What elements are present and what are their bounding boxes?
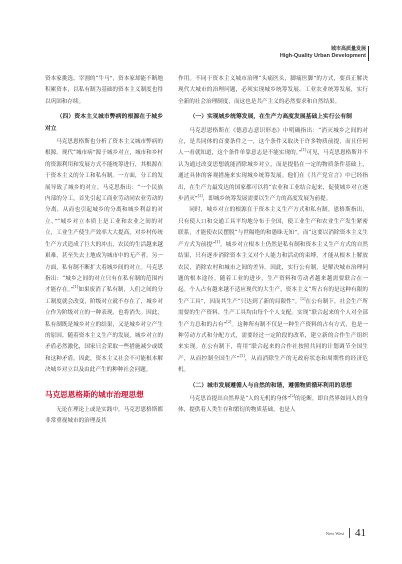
paragraph: 作用。不同于资本主义城市治理“头痛医头，脚痛医脚”的方式，要真正解决现代大城市的… (178, 74, 368, 108)
paragraph: 资本家挑选、宰割的“牛马”，资本家却能不断地积累资本，以私有制为基础的资本主义制… (45, 74, 163, 108)
paragraph: 无论在理论上或是实践中，马克思恩格斯都非常重视城市的治理及其 (45, 405, 163, 428)
left-column: 资本家挑选、宰割的“牛马”，资本家却能不断地积累资本，以私有制为基础的资本主义制… (45, 74, 163, 427)
paragraph: 马克思首提出自然界是“人的无机的身体”[2]的论断，即自然界如同人的身体，提供着… (178, 394, 368, 417)
footer-divider (349, 528, 350, 538)
page-number: 41 (355, 527, 366, 539)
red-section-title: 马克思恩格斯的城市治理思想 (45, 389, 163, 401)
running-header: 城市高质量发展 High-Quality Urban Development (280, 46, 366, 60)
magazine-name: New West (326, 531, 344, 536)
paragraph: 马克思恩格斯在《德意志意识形态》中明确指出：“消灭城乡之间的对立，是共同体的首要… (178, 126, 368, 206)
header-section-en: High-Quality Urban Development (280, 53, 366, 60)
section-heading-one: （一）实现城乡统筹发展，在生产力高度发展基础上实行公有制 (178, 112, 368, 123)
section-heading-two: （二）城市发展遵循人与自然的和谐，遵循物质循环利用的思想 (178, 381, 368, 392)
right-column: 作用。不同于资本主义城市治理“头痛医头，脚痛医脚”的方式，要真正解决现代大城市的… (178, 74, 368, 417)
page-footer: New West 41 (326, 527, 366, 539)
paragraph: 同时，城乡对立的根源在于资本主义生产方式和私有制。恩格斯指出，只有使人口和交通工… (178, 205, 368, 376)
header-section-cn: 城市高质量发展 (280, 46, 366, 53)
header-divider (368, 46, 369, 61)
section-heading-four: （四）资本主义城市弊病的根源在于城乡对立 (45, 112, 163, 135)
paragraph: 马克思恩格斯也分析了资本主义城市弊病的根源。现代“城市病”源于城乡对立，城市和乡… (45, 137, 163, 377)
